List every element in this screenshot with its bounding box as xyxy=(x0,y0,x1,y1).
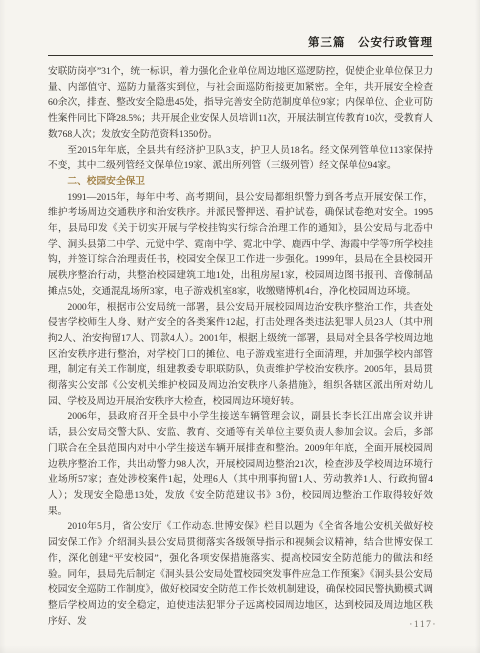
body-paragraph: 2000年，根据市公安局统一部署，县公安局开展校园周边治安秩序整治工作，共查处侵… xyxy=(48,300,433,410)
body-paragraph: 安联防岗亭”31个，统一标识，着力强化企业单位周边地区巡逻防控，促使企业单位保卫… xyxy=(48,64,433,143)
book-page: 第三篇 公安行政管理 安联防岗亭”31个，统一标识，着力强化企业单位周边地区巡逻… xyxy=(0,0,480,653)
section-heading: 二、校园安全保卫 xyxy=(48,174,433,190)
body-paragraph: 1991—2015年，每年中考、高考期间，县公安局都组织警力到各考点开展安保工作… xyxy=(48,190,433,300)
body-paragraph: 2010年5月，省公安厅《工作动态.世博安保》栏目以题为《全省各地公安机关做好校… xyxy=(48,519,433,629)
running-head-title: 第三篇 公安行政管理 xyxy=(48,36,433,50)
body-text: 安联防岗亭”31个，统一标识，着力强化企业单位周边地区巡逻防控，促使企业单位保卫… xyxy=(48,64,433,629)
body-paragraph: 2006年，县政府召开全县中小学生接送车辆管理会议，副县长李长江出席会议并讲话，… xyxy=(48,409,433,519)
body-paragraph: 至2015年年底，全县共有经济护卫队3支，护卫人员18名。经文保列管单位113家… xyxy=(48,143,433,174)
header-rule xyxy=(48,55,433,56)
page-number: ·117· xyxy=(409,620,437,630)
